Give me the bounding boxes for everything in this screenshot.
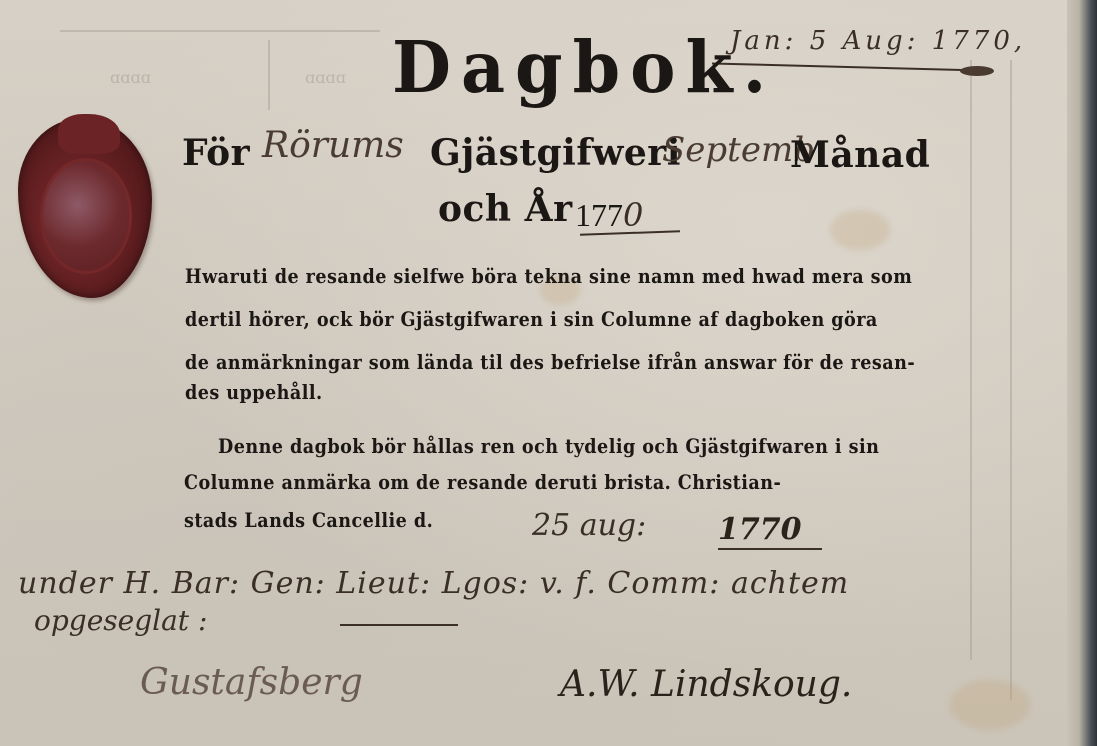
ink-blot <box>960 66 994 76</box>
year-handwritten: 0 <box>623 196 643 234</box>
issue-year-underline <box>718 548 822 550</box>
wax-seal-top <box>58 114 120 154</box>
paragraph1-line: de anmärkningar som lända til des befrie… <box>185 350 915 374</box>
signature-left: Gustafsberg <box>140 662 363 703</box>
paper-stain <box>950 680 1030 730</box>
year-prefix: och År <box>438 188 573 230</box>
inn-name: Rörums <box>262 125 404 166</box>
ruled-column-line <box>970 60 972 660</box>
paragraph2-line: stads Lands Cancellie d. <box>184 508 433 532</box>
paragraph1-line: des uppehåll. <box>185 380 323 404</box>
year-printed: 177 <box>575 197 623 233</box>
month-word: Månad <box>790 134 930 176</box>
year-value: 1770 <box>575 196 643 234</box>
paragraph2-line: Denne dagbok bör hållas ren och tydelig … <box>218 434 879 458</box>
ruled-column-line <box>1010 60 1012 700</box>
ruled-line <box>60 30 380 32</box>
wax-seal-emblem <box>40 158 132 274</box>
handwritten-note-line: opgeseglat : <box>34 604 207 637</box>
handwritten-note-line: under H. Bar: Gen: Lieut: Lgos: v. f. Co… <box>18 566 849 601</box>
paragraph2-line: Columne anmärka om de resande deruti bri… <box>184 470 781 494</box>
issue-year: 1770 <box>718 512 802 547</box>
signature-right: A.W. Lindskoug. <box>560 664 852 705</box>
ruled-column-line <box>268 40 270 110</box>
header-prefix: För <box>182 132 250 174</box>
paragraph1-line: Hwaruti de resande sielfwe böra tekna si… <box>185 264 912 288</box>
inn-word: Gjästgifweri <box>430 132 681 174</box>
paragraph1-line: dertil hörer, ock bör Gjästgifwaren i si… <box>185 307 878 331</box>
page-title: Dagbok. <box>392 26 776 110</box>
document-page: ɑɑɑɑ ɑɑɑɑ Jan: 5 Aug: 1770, Dagbok. För … <box>0 0 1097 746</box>
page-edge <box>1067 0 1097 746</box>
paper-stain <box>830 210 890 250</box>
wax-seal <box>18 118 152 298</box>
bleed-through-text: ɑɑɑɑ <box>305 68 346 87</box>
bleed-through-text: ɑɑɑɑ <box>110 68 151 87</box>
issue-date: 25 aug: <box>532 508 646 543</box>
note-dash <box>340 624 458 626</box>
